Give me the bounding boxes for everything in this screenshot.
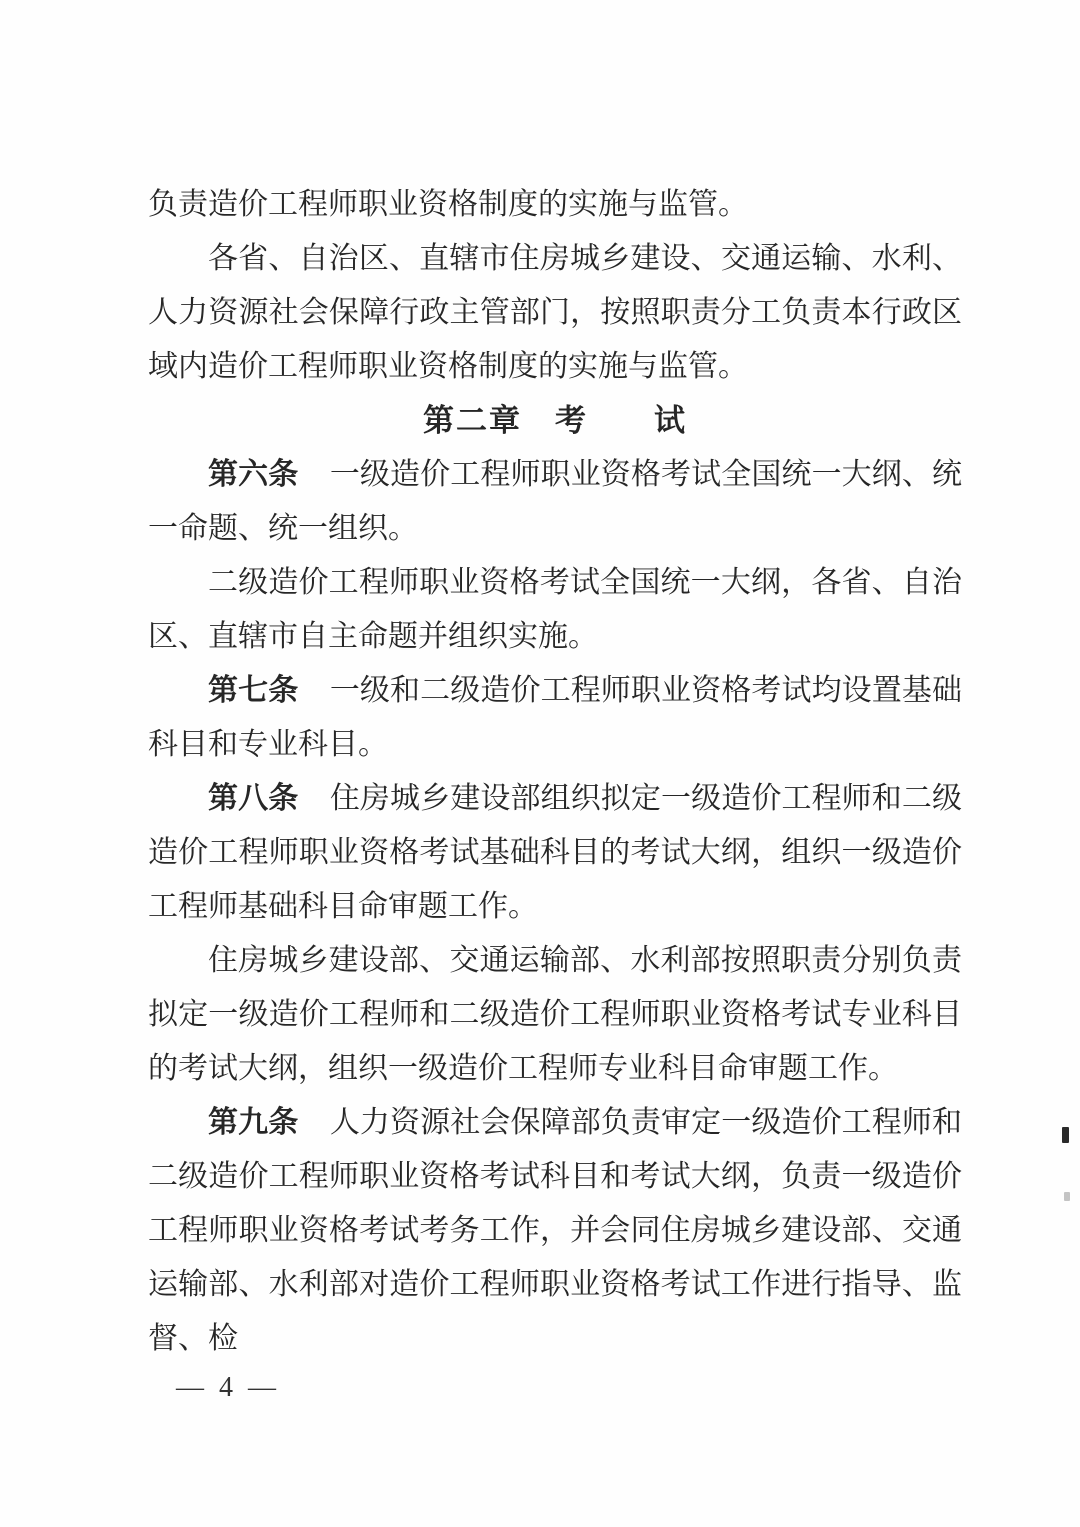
paragraph: 各省、自治区、直辖市住房城乡建设、交通运输、水利、人力资源社会保障行政主管部门，… <box>148 232 962 394</box>
scan-artifact <box>1064 1192 1070 1201</box>
paragraph-text: 住房城乡建设部、交通运输部、水利部按照职责分别负责拟定一级造价工程师和二级造价工… <box>148 944 962 1085</box>
article-number: 第七条 <box>208 674 298 707</box>
paragraph: 二级造价工程师职业资格考试全国统一大纲，各省、自治区、直辖市自主命题并组织实施。 <box>148 556 962 664</box>
scan-artifact <box>1062 1127 1069 1143</box>
paragraph-article-8: 第八条住房城乡建设部组织拟定一级造价工程师和二级造价工程师职业资格考试基础科目的… <box>148 772 962 934</box>
article-number: 第九条 <box>208 1106 298 1139</box>
chapter-heading: 第二章 考 试 <box>148 394 962 448</box>
article-text: 人力资源社会保障部负责审定一级造价工程师和二级造价工程师职业资格考试科目和考试大… <box>148 1106 962 1355</box>
paragraph: 住房城乡建设部、交通运输部、水利部按照职责分别负责拟定一级造价工程师和二级造价工… <box>148 934 962 1096</box>
article-number: 第六条 <box>208 458 298 491</box>
paragraph-text: 各省、自治区、直辖市住房城乡建设、交通运输、水利、人力资源社会保障行政主管部门，… <box>148 242 962 383</box>
document-body: 负责造价工程师职业资格制度的实施与监管。 各省、自治区、直辖市住房城乡建设、交通… <box>148 178 962 1366</box>
paragraph-continuation: 负责造价工程师职业资格制度的实施与监管。 <box>148 178 962 232</box>
paragraph-article-6: 第六条一级造价工程师职业资格考试全国统一大纲、统一命题、统一组织。 <box>148 448 962 556</box>
document-page: 负责造价工程师职业资格制度的实施与监管。 各省、自治区、直辖市住房城乡建设、交通… <box>0 0 1080 1527</box>
paragraph-text: 负责造价工程师职业资格制度的实施与监管。 <box>148 188 748 221</box>
article-number: 第八条 <box>208 782 298 815</box>
page-number: — 4 — <box>176 1372 280 1404</box>
paragraph-article-9: 第九条人力资源社会保障部负责审定一级造价工程师和二级造价工程师职业资格考试科目和… <box>148 1096 962 1366</box>
paragraph-text: 二级造价工程师职业资格考试全国统一大纲，各省、自治区、直辖市自主命题并组织实施。 <box>148 566 962 653</box>
paragraph-article-7: 第七条一级和二级造价工程师职业资格考试均设置基础科目和专业科目。 <box>148 664 962 772</box>
